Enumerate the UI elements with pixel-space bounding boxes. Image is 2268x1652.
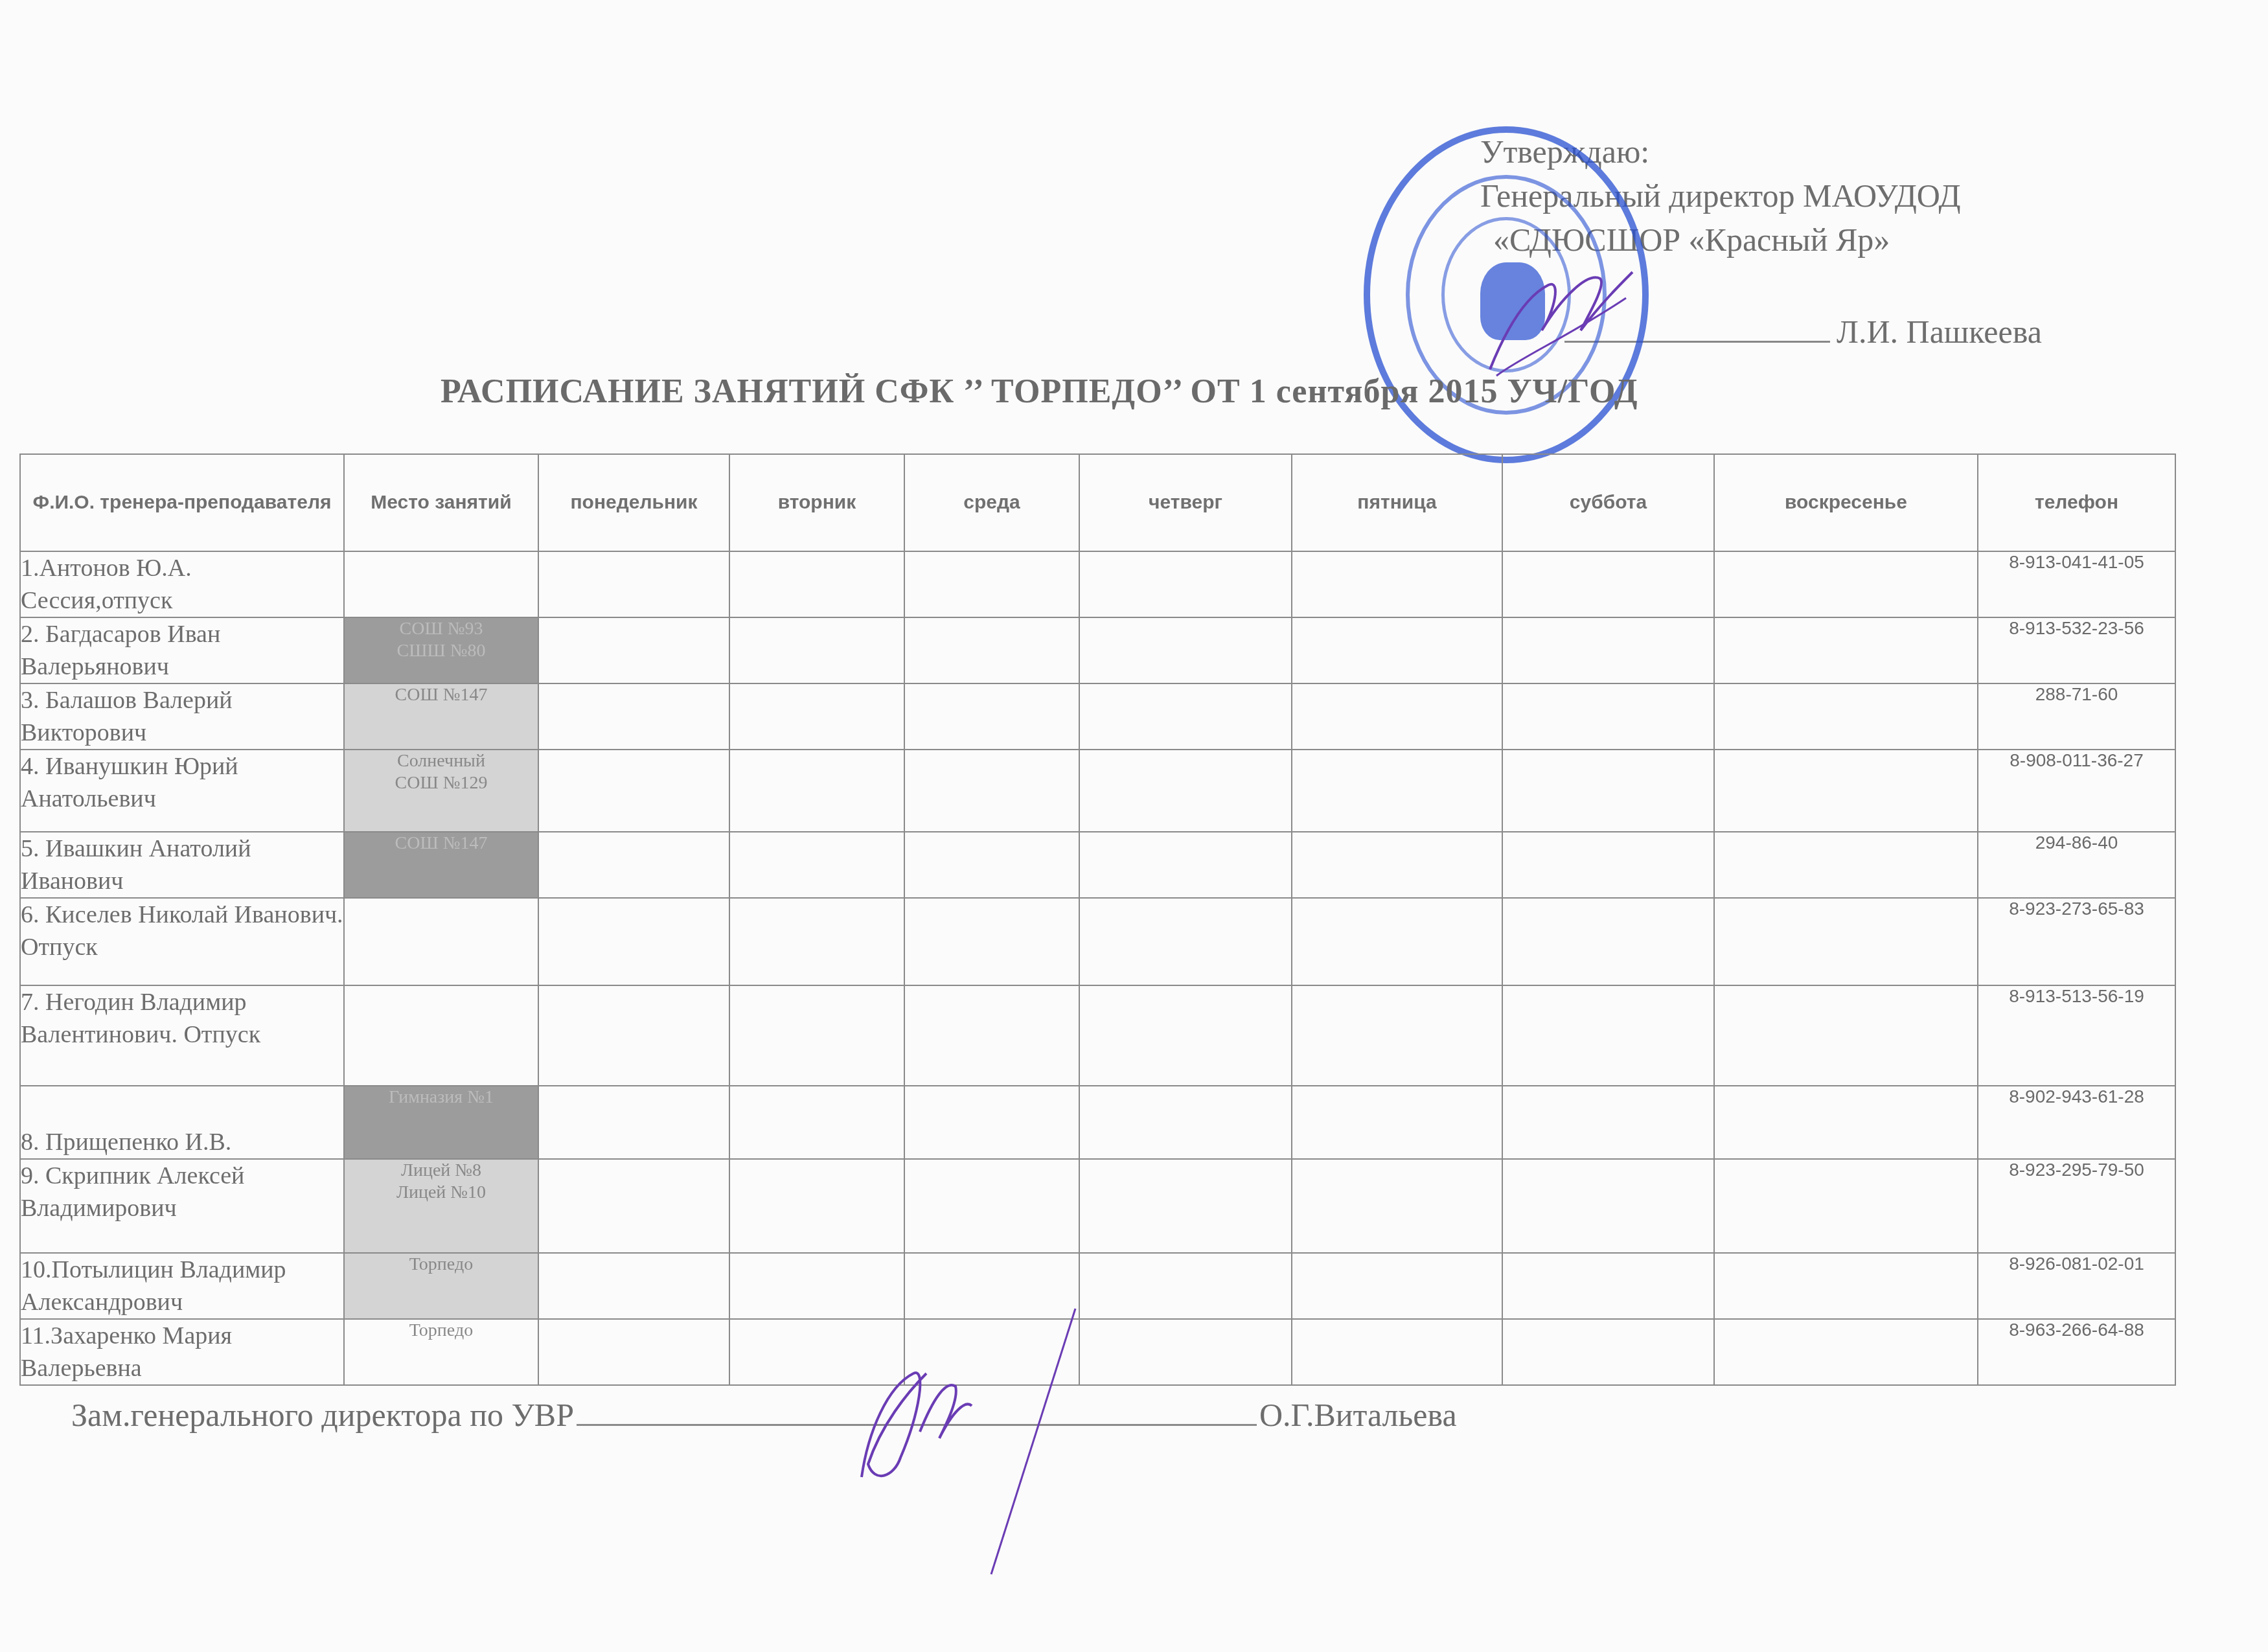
day-cell-wednesday [904, 985, 1079, 1086]
day-cell-monday [538, 1253, 729, 1319]
day-cell-thursday [1079, 1086, 1292, 1159]
day-cell-sunday [1714, 1319, 1978, 1385]
table-row: 3. Балашов Валерий ВикторовичСОШ №147288… [20, 683, 2175, 750]
phone-cell: 8-913-532-23-56 [1978, 617, 2175, 683]
day-cell-monday [538, 750, 729, 832]
day-cell-friday [1292, 832, 1502, 898]
day-cell-thursday [1079, 1253, 1292, 1319]
day-cell-friday [1292, 617, 1502, 683]
trainer-name-cell: 5. Ивашкин Анатолий Иванович [20, 832, 344, 898]
table-row: 1.Антонов Ю.А. Сессия,отпуск8-913-041-41… [20, 551, 2175, 617]
place-cell: Торпедо [344, 1253, 538, 1319]
table-header-row: Ф.И.О. тренера-преподавателя Место занят… [20, 454, 2175, 551]
table-row: 11.Захаренко Мария ВалерьевнаТорпедо8-96… [20, 1319, 2175, 1385]
place-cell: СОШ №147 [344, 683, 538, 750]
day-cell-saturday [1502, 750, 1714, 832]
place-cell: Гимназия №1 [344, 1086, 538, 1159]
day-cell-thursday [1079, 617, 1292, 683]
footer-signature-block: Зам.генерального директора по УВРО.Г.Вит… [71, 1396, 1457, 1434]
day-cell-wednesday [904, 1159, 1079, 1253]
trainer-name-cell: 3. Балашов Валерий Викторович [20, 683, 344, 750]
day-cell-saturday [1502, 1319, 1714, 1385]
header-place: Место занятий [344, 454, 538, 551]
day-cell-tuesday [729, 551, 904, 617]
table-row: 9. Скрипник Алексей ВладимировичЛицей №8… [20, 1159, 2175, 1253]
day-cell-wednesday [904, 1319, 1079, 1385]
day-cell-sunday [1714, 898, 1978, 985]
day-cell-monday [538, 683, 729, 750]
day-cell-sunday [1714, 985, 1978, 1086]
phone-cell: 8-908-011-36-27 [1978, 750, 2175, 832]
day-cell-tuesday [729, 1253, 904, 1319]
place-cell: Лицей №8 Лицей №10 [344, 1159, 538, 1253]
phone-cell: 8-923-273-65-83 [1978, 898, 2175, 985]
trainer-name-cell: 11.Захаренко Мария Валерьевна [20, 1319, 344, 1385]
footer-position: Зам.генерального директора по УВР [71, 1397, 574, 1433]
day-cell-monday [538, 985, 729, 1086]
day-cell-monday [538, 1086, 729, 1159]
table-row: 7. Негодин Владимир Валентинович. Отпуск… [20, 985, 2175, 1086]
trainer-name-cell: 7. Негодин Владимир Валентинович. Отпуск [20, 985, 344, 1086]
day-cell-thursday [1079, 683, 1292, 750]
header-trainer: Ф.И.О. тренера-преподавателя [20, 454, 344, 551]
place-cell: СОШ №93 СШШ №80 [344, 617, 538, 683]
day-cell-monday [538, 617, 729, 683]
day-cell-saturday [1502, 1159, 1714, 1253]
trainer-name-cell: 8. Прищепенко И.В. [20, 1086, 344, 1159]
table-row: 2. Багдасаров Иван ВалерьяновичСОШ №93 С… [20, 617, 2175, 683]
day-cell-wednesday [904, 832, 1079, 898]
day-cell-monday [538, 551, 729, 617]
phone-cell: 288-71-60 [1978, 683, 2175, 750]
header-saturday: суббота [1502, 454, 1714, 551]
phone-cell: 8-963-266-64-88 [1978, 1319, 2175, 1385]
header-thursday: четверг [1079, 454, 1292, 551]
table-row: 10.Потылицин Владимир АлександровичТорпе… [20, 1253, 2175, 1319]
trainer-name-cell: 2. Багдасаров Иван Валерьянович [20, 617, 344, 683]
schedule-table: Ф.И.О. тренера-преподавателя Место занят… [19, 453, 2176, 1386]
trainer-name-cell: 6. Киселев Николай Иванович. Отпуск [20, 898, 344, 985]
table-row: 4. Иванушкин Юрий АнатольевичСолнечный С… [20, 750, 2175, 832]
day-cell-sunday [1714, 1159, 1978, 1253]
phone-cell: 8-902-943-61-28 [1978, 1086, 2175, 1159]
day-cell-saturday [1502, 832, 1714, 898]
day-cell-tuesday [729, 1159, 904, 1253]
trainer-name-cell: 9. Скрипник Алексей Владимирович [20, 1159, 344, 1253]
day-cell-friday [1292, 1159, 1502, 1253]
day-cell-friday [1292, 1253, 1502, 1319]
schedule-body: 1.Антонов Ю.А. Сессия,отпуск8-913-041-41… [20, 551, 2175, 1385]
header-phone: телефон [1978, 454, 2175, 551]
day-cell-monday [538, 1159, 729, 1253]
phone-cell: 8-913-513-56-19 [1978, 985, 2175, 1086]
day-cell-wednesday [904, 683, 1079, 750]
day-cell-wednesday [904, 898, 1079, 985]
phone-cell: 8-926-081-02-01 [1978, 1253, 2175, 1319]
header-monday: понедельник [538, 454, 729, 551]
place-cell [344, 985, 538, 1086]
day-cell-saturday [1502, 551, 1714, 617]
day-cell-friday [1292, 683, 1502, 750]
header-wednesday: среда [904, 454, 1079, 551]
table-row: 8. Прищепенко И.В.Гимназия №18-902-943-6… [20, 1086, 2175, 1159]
official-stamp-icon [1364, 126, 1649, 463]
trainer-name-cell: 4. Иванушкин Юрий Анатольевич [20, 750, 344, 832]
day-cell-thursday [1079, 1319, 1292, 1385]
header-friday: пятница [1292, 454, 1502, 551]
day-cell-sunday [1714, 683, 1978, 750]
day-cell-friday [1292, 985, 1502, 1086]
day-cell-wednesday [904, 750, 1079, 832]
place-cell [344, 898, 538, 985]
day-cell-saturday [1502, 617, 1714, 683]
day-cell-wednesday [904, 551, 1079, 617]
day-cell-thursday [1079, 750, 1292, 832]
day-cell-tuesday [729, 1086, 904, 1159]
day-cell-friday [1292, 898, 1502, 985]
day-cell-tuesday [729, 832, 904, 898]
day-cell-saturday [1502, 1253, 1714, 1319]
day-cell-sunday [1714, 1086, 1978, 1159]
day-cell-sunday [1714, 617, 1978, 683]
day-cell-monday [538, 898, 729, 985]
day-cell-thursday [1079, 832, 1292, 898]
footer-signature-line [577, 1424, 1257, 1426]
day-cell-wednesday [904, 1253, 1079, 1319]
header-tuesday: вторник [729, 454, 904, 551]
table-row: 6. Киселев Николай Иванович. Отпуск8-923… [20, 898, 2175, 985]
day-cell-thursday [1079, 1159, 1292, 1253]
header-sunday: воскресенье [1714, 454, 1978, 551]
day-cell-sunday [1714, 832, 1978, 898]
day-cell-tuesday [729, 683, 904, 750]
day-cell-saturday [1502, 1086, 1714, 1159]
place-cell: Солнечный СОШ №129 [344, 750, 538, 832]
trainer-name-cell: 10.Потылицин Владимир Александрович [20, 1253, 344, 1319]
place-cell [344, 551, 538, 617]
phone-cell: 8-913-041-41-05 [1978, 551, 2175, 617]
table-row: 5. Ивашкин Анатолий ИвановичСОШ №147294-… [20, 832, 2175, 898]
day-cell-saturday [1502, 683, 1714, 750]
day-cell-sunday [1714, 1253, 1978, 1319]
phone-cell: 294-86-40 [1978, 832, 2175, 898]
day-cell-sunday [1714, 750, 1978, 832]
day-cell-sunday [1714, 551, 1978, 617]
footer-signatory: О.Г.Витальева [1259, 1397, 1457, 1433]
day-cell-thursday [1079, 985, 1292, 1086]
approval-signatory: Л.И. Пашкеева [1837, 314, 2042, 350]
day-cell-tuesday [729, 1319, 904, 1385]
day-cell-friday [1292, 1086, 1502, 1159]
day-cell-saturday [1502, 898, 1714, 985]
day-cell-friday [1292, 1319, 1502, 1385]
day-cell-thursday [1079, 551, 1292, 617]
day-cell-tuesday [729, 750, 904, 832]
phone-cell: 8-923-295-79-50 [1978, 1159, 2175, 1253]
day-cell-wednesday [904, 1086, 1079, 1159]
day-cell-friday [1292, 750, 1502, 832]
lion-emblem-icon [1480, 262, 1545, 340]
place-cell: Торпедо [344, 1319, 538, 1385]
trainer-name-cell: 1.Антонов Ю.А. Сессия,отпуск [20, 551, 344, 617]
day-cell-monday [538, 832, 729, 898]
day-cell-wednesday [904, 617, 1079, 683]
day-cell-tuesday [729, 898, 904, 985]
place-cell: СОШ №147 [344, 832, 538, 898]
page-title: РАСПИСАНИЕ ЗАНЯТИЙ СФК ’’ ТОРПЕДО’’ ОТ 1… [441, 373, 1801, 411]
day-cell-tuesday [729, 985, 904, 1086]
day-cell-tuesday [729, 617, 904, 683]
day-cell-friday [1292, 551, 1502, 617]
day-cell-monday [538, 1319, 729, 1385]
day-cell-saturday [1502, 985, 1714, 1086]
day-cell-thursday [1079, 898, 1292, 985]
